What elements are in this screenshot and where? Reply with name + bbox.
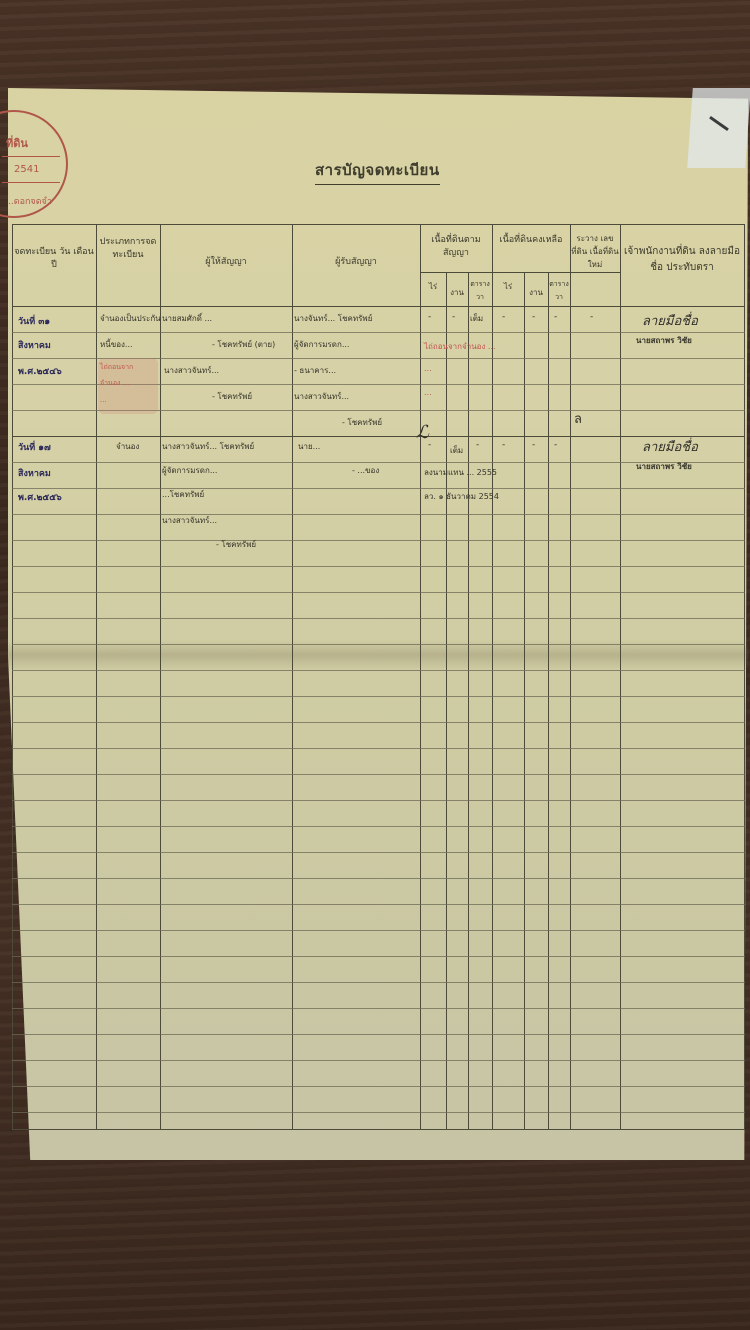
entry2-grantee-1: นาย... [298, 440, 320, 453]
entry1-red-annotation-1: ไถ่ถอนจากจำนอง ... [424, 340, 496, 353]
entry2-officer-name: นายสถาพร วิชัย [636, 460, 692, 473]
entry1-grantee-3: - ธนาคาร... [294, 364, 336, 377]
entry1-remain-rai: - [502, 312, 505, 322]
entry2-remain-ngan: - [532, 440, 535, 450]
col-line [620, 224, 621, 1130]
entry2-date-month: สิงหาคม [18, 466, 51, 480]
entry1-mark: ล [574, 408, 582, 429]
header-ngan: งาน [446, 286, 468, 299]
entry2-note-2: ลว. ๑ ธันวาคม 2554 [424, 490, 499, 503]
col-line [492, 224, 493, 1130]
entry1-remain-wa: - [554, 312, 557, 322]
entry2-note-1: ลงนามแทน ... 2555 [424, 466, 497, 479]
entry1-red-annotation-3: ... [424, 388, 432, 397]
header-grantor: ผู้ให้สัญญา [160, 256, 292, 269]
entry1-grantee-2: ผู้จัดการมรดก... [294, 338, 349, 351]
tape-patch [687, 88, 750, 168]
header-date: จดทะเบียน วัน เดือน ปี [12, 246, 96, 272]
entry1-area-rai: - [428, 312, 431, 322]
entry1-area-ngan: - [452, 312, 455, 322]
header-grantee: ผู้รับสัญญา [292, 256, 420, 269]
entry1-grantor-4: - โชคทรัพย์ [212, 390, 252, 403]
col-line [524, 272, 525, 1130]
col-line [468, 272, 469, 1130]
entry1-red-note-2: จำนอง ... [100, 378, 129, 389]
header-rai: ไร่ [420, 280, 446, 293]
header-reg-type: ประเภทการจดทะเบียน [96, 236, 160, 262]
stamp-year: 2541 [14, 164, 39, 175]
entry1-grantor-1: นายสมศักดิ์ ... [162, 312, 212, 325]
col-line [12, 224, 13, 1130]
entry2-area-ngan: เต็ม [450, 444, 463, 457]
header-bottom-border [12, 306, 745, 307]
entry2-grantee-2: - ...ของ [352, 464, 379, 477]
entry1-new-parcel: - [590, 312, 593, 322]
entry1-red-note-1: ไถ่ถอนจาก [100, 362, 133, 373]
entry1-date-year: พ.ศ.๒๕๔๖ [18, 364, 62, 378]
entry1-grantor-3: นางสาวจันทร์... [164, 364, 219, 377]
header-rai-remaining: ไร่ [492, 280, 524, 293]
entry2-date-year: พ.ศ.๒๕๕๖ [18, 490, 62, 504]
entry2-grantor-5: - โชคทรัพย์ [216, 538, 256, 551]
entry1-area-wa: เต็ม [470, 312, 483, 325]
registration-table: จดทะเบียน วัน เดือน ปี ประเภทการจดทะเบีย… [12, 224, 745, 1130]
entry1-grantor-2: - โชคทรัพย์ (ตาย) [212, 338, 275, 351]
stamp-divider [2, 156, 60, 157]
entry2-grantor-3: ...โชคทรัพย์ [162, 488, 204, 501]
entry2-officer-signature: ลายมือชื่อ [642, 436, 698, 457]
col-line [420, 224, 421, 1130]
document-title: สารบัญจดทะเบียน [315, 158, 440, 185]
entry2-area-rai: - [428, 440, 431, 450]
col-line [292, 224, 293, 1130]
header-officer: เจ้าพนักงานที่ดิน ลงลายมือชื่อ ประทับตรา [620, 244, 744, 276]
entry1-grantee-4: นางสาวจันทร์... [294, 390, 349, 403]
stamp-bottom-text: ..ดอกจดจำ [8, 194, 52, 208]
entry1-grantee-1: นางจันทร์... โชคทรัพย์ [294, 312, 372, 325]
col-line [96, 224, 97, 1130]
header-area-contract: เนื้อที่ดินตามสัญญา [420, 234, 492, 260]
entry1-reg-type-1: จำนองเป็นประกัน [100, 312, 161, 325]
header-new-parcel: ระวาง เลขที่ดิน เนื้อที่ดินใหม่ [570, 232, 620, 271]
entry2-remain-rai: - [502, 440, 505, 450]
header-wa-remaining: ตารางวา [548, 278, 570, 304]
entry2-reg-type: จำนอง [116, 440, 139, 453]
entry1-red-note-3: ... [100, 396, 107, 404]
col-line [570, 224, 571, 1130]
entry2-grantor-2: ผู้จัดการมรดก... [162, 464, 217, 477]
stamp-divider [2, 182, 60, 183]
header-area-remaining: เนื้อที่ดินคงเหลือ [492, 234, 570, 247]
header-ngan-remaining: งาน [524, 286, 548, 299]
entry1-date-day: วันที่ ๓๑ [18, 314, 50, 328]
stamp-top-text: ที่ดิน [6, 134, 28, 152]
entry2-area-wa: - [476, 440, 479, 450]
col-line [160, 224, 161, 1130]
col-line [744, 224, 745, 1130]
entry2-grantor-4: นางสาวจันทร์... [162, 514, 217, 527]
entry1-reg-type-2: หนี้ของ... [100, 338, 133, 351]
area-subheader-line [420, 272, 620, 273]
entry1-officer-signature: ลายมือชื่อ [642, 310, 698, 331]
entry2-remain-wa: - [554, 440, 557, 450]
entry1-officer-name: นายสถาพร วิชัย [636, 334, 692, 347]
entry1-grantee-5: - โชคทรัพย์ [342, 416, 382, 429]
entry2-date-day: วันที่ ๑๗ [18, 440, 51, 454]
entry1-red-annotation-2: ... [424, 364, 432, 373]
col-line [548, 272, 549, 1130]
header-wa: ตารางวา [468, 278, 492, 304]
entry2-grantor-1: นางสาวจันทร์... โชคทรัพย์ [162, 440, 254, 453]
entry1-date-month: สิงหาคม [18, 338, 51, 352]
table-top-border [12, 224, 745, 225]
entry1-remain-ngan: - [532, 312, 535, 322]
col-line [446, 272, 447, 1130]
